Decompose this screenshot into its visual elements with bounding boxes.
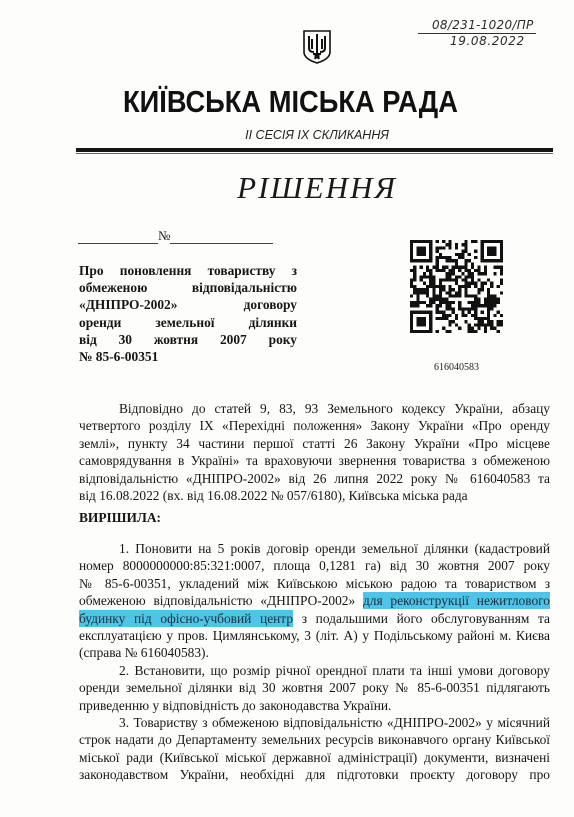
item-line: будинку під офісно-учбовий центр з подал… [79, 610, 550, 627]
subject-line: обмеженою відповідальністю [79, 279, 297, 296]
number-blank [170, 231, 273, 244]
item-line: номер 8000000000:85:321:0007, площа 0,12… [79, 557, 550, 574]
item-line: міської ради (Київської міської державно… [79, 749, 550, 766]
decision-subject: Про поновлення товариству з обмеженою ві… [79, 262, 297, 365]
item-line: обмеженою відповідальністю «ДНІПРО-2002»… [79, 592, 550, 609]
qr-code-icon [410, 240, 503, 333]
preamble: Відповідно до статей 9, 83, 93 Земельног… [79, 400, 550, 504]
item-line: (справа № 616040583). [79, 644, 550, 661]
subject-line: від 30 жовтня 2007 року [79, 331, 297, 348]
item-line: експлуатацією у пров. Цимлянському, 3 (л… [79, 627, 550, 644]
preamble-line: відповідальністю «ДНІПРО-2002» від 26 ли… [79, 470, 550, 487]
item-1: 1. Поновити на 5 років договір оренди зе… [79, 540, 550, 662]
item-3: 3. Товариству з обмеженою відповідальніс… [79, 714, 550, 784]
highlighted-text: для реконструкції нежитлового [363, 592, 550, 609]
number-sign: № [158, 228, 170, 243]
item-line: строк надати до Департаменту земельних р… [79, 731, 550, 748]
preamble-line: землі», пункту 34 частини першої статті … [79, 435, 550, 452]
header-divider-thin [76, 153, 553, 154]
preamble-line: від 16.08.2022 (вх. від 16.08.2022 № 057… [79, 487, 550, 504]
registration-date: 19.08.2022 [418, 34, 568, 49]
document-type-title: РІШЕННЯ [0, 170, 574, 206]
item-line: законодавством України, необхідні для пі… [79, 766, 550, 783]
item-line: оренди земельної ділянки від 30 жовтня 2… [79, 679, 550, 696]
tryzub-coat-of-arms-icon [303, 30, 331, 64]
item-line: 1. Поновити на 5 років договір оренди зе… [79, 540, 550, 557]
registration-stamp: 08/231-1020/ПР 19.08.2022 [418, 18, 568, 49]
item-line: приведенню у відповідність до законодавс… [79, 697, 550, 714]
resolved-heading: ВИРІШИЛА: [79, 510, 161, 526]
date-blank [78, 231, 158, 244]
item-line: 3. Товариству з обмеженою відповідальніс… [79, 714, 550, 731]
preamble-line: четвертого розділу IX «Перехідні положен… [79, 417, 550, 434]
item-text: обмеженою відповідальністю «ДНІПРО-2002» [79, 593, 363, 608]
subject-line: «ДНІПРО-2002» договору [79, 296, 297, 313]
council-name: КИЇВСЬКА МІСЬКА РАДА [38, 84, 543, 120]
preamble-line: Відповідно до статей 9, 83, 93 Земельног… [79, 400, 550, 417]
item-2: 2. Встановити, що розмір річної орендної… [79, 662, 550, 714]
subject-line: Про поновлення товариству з [79, 262, 297, 279]
preamble-line: самоврядування в Україні» та враховуючи … [79, 452, 550, 469]
highlighted-text: будинку під офісно-учбовий центр [79, 610, 293, 627]
header-divider [76, 148, 553, 152]
session-label: II СЕСІЯ IX СКЛИКАННЯ [0, 128, 574, 142]
subject-line: № 85-6-00351 [79, 348, 297, 365]
item-text: з подальшими його обслуговуванням та [293, 611, 550, 626]
registration-number: 08/231-1020/ПР [418, 18, 536, 34]
qr-caption: 616040583 [410, 362, 503, 373]
item-line: № 85-6-00351, укладений між Київською мі… [79, 575, 550, 592]
item-line: 2. Встановити, що розмір річної орендної… [79, 662, 550, 679]
decision-number-field: № [78, 228, 273, 244]
subject-line: оренди земельної ділянки [79, 314, 297, 331]
